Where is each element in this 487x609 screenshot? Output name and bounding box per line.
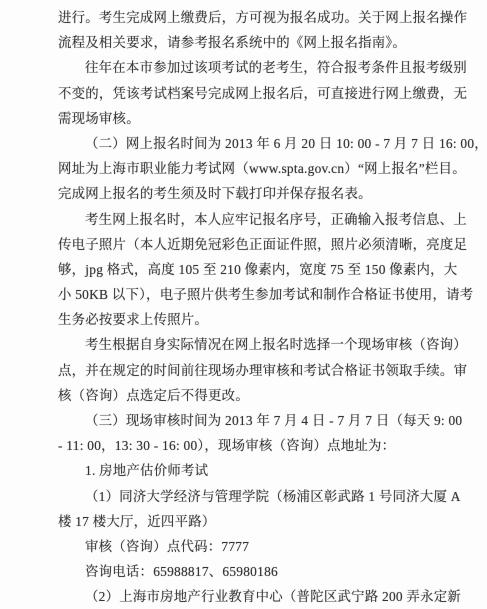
text-line: 完成网上报名的考生须及时下载打印并保存报名表。 xyxy=(58,181,463,206)
text-line: 考生网上报名时，本人应牢记报名序号，正确输入报考信息、上 xyxy=(58,207,463,232)
text-line: 传电子照片（本人近期免冠彩色正面证件照，照片必须清晰，亮度足 xyxy=(58,232,463,257)
text-line: 网址为上海市职业能力考试网（www.spta.gov.cn）“网上报名”栏目。 xyxy=(58,156,463,181)
text-line: 进行。考生完成网上缴费后，方可视为报名成功。关于网上报名操作 xyxy=(58,5,463,30)
text-line: 小 50KB 以下），电子照片供考生参加考试和制作合格证书使用，请考 xyxy=(58,282,463,307)
document-page: 进行。考生完成网上缴费后，方可视为报名成功。关于网上报名操作流程及相关要求，请参… xyxy=(0,0,487,609)
text-line: 审核（咨询）点代码：7777 xyxy=(58,534,463,559)
text-line: 流程及相关要求，请参考报名系统中的《网上报名指南》。 xyxy=(58,30,463,55)
text-line: （1）同济大学经济与管理学院（杨浦区彰武路 1 号同济大厦 A xyxy=(58,484,463,509)
text-line: 够，jpg 格式，高度 105 至 210 像素内，宽度 75 至 150 像素… xyxy=(58,257,463,282)
text-line: 生务必按要求上传照片。 xyxy=(58,307,463,332)
text-line: 1. 房地产估价师考试 xyxy=(58,458,463,483)
text-line: 不变的，凭该考试档案号完成网上报名后，可直接进行网上缴费，无 xyxy=(58,81,463,106)
text-line: 核（咨询）点选定后不得更改。 xyxy=(58,383,463,408)
text-line: 楼 17 楼大厅，近四平路） xyxy=(58,509,463,534)
text-line: 点，并在规定的时间前往现场办理审核和考试合格证书领取手续。审 xyxy=(58,358,463,383)
text-line: 往年在本市参加过该项考试的老考生，符合报考条件且报考级别 xyxy=(58,55,463,80)
document-body: 进行。考生完成网上缴费后，方可视为报名成功。关于网上报名操作流程及相关要求，请参… xyxy=(58,5,463,609)
text-line: （二）网上报名时间为 2013 年 6 月 20 日 10: 00 - 7 月 … xyxy=(58,131,463,156)
text-line: 考生根据自身实际情况在网上报名时选择一个现场审核（咨询） xyxy=(58,332,463,357)
text-line: - 11: 00，13: 30 - 16: 00），现场审核（咨询）点地址为： xyxy=(58,433,463,458)
text-line: （2）上海市房地产行业教育中心（普陀区武宁路 200 弄永定新 xyxy=(58,584,463,609)
text-line: 需现场审核。 xyxy=(58,106,463,131)
text-line: 咨询电话：65988817、65980186 xyxy=(58,559,463,584)
text-line: （三）现场审核时间为 2013 年 7 月 4 日 - 7 月 7 日（每天 9… xyxy=(58,408,463,433)
